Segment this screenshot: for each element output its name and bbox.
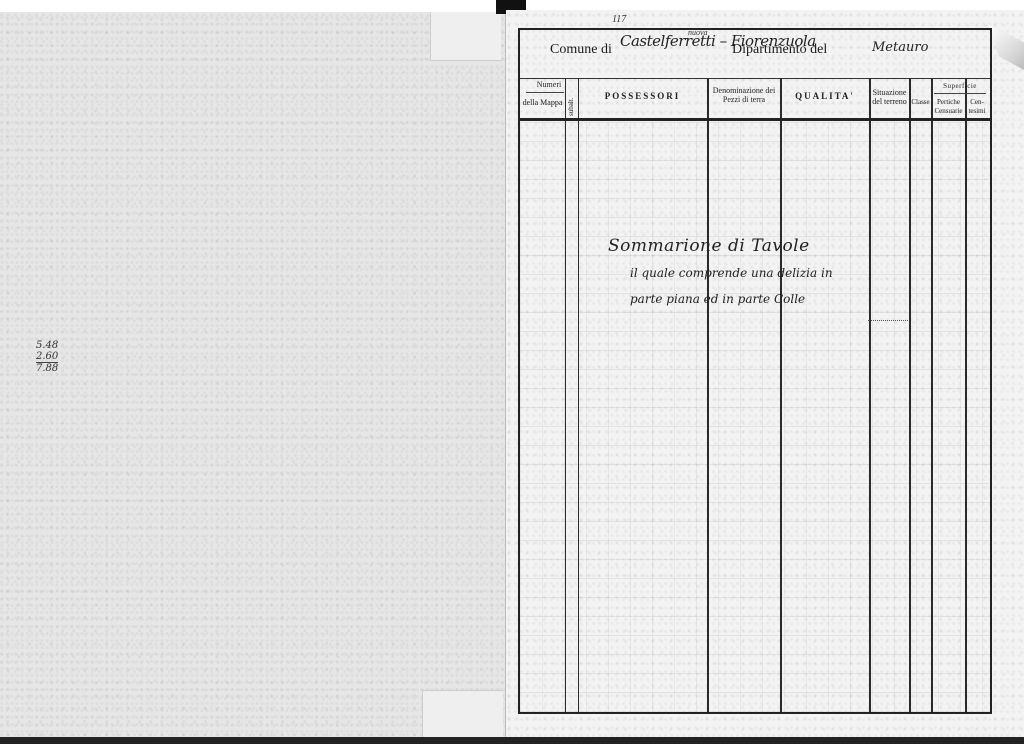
column-divider bbox=[931, 78, 933, 712]
column-header-subalterni: subalt. bbox=[567, 96, 576, 118]
column-divider bbox=[909, 78, 911, 712]
column-header-possessori: POSSESSORI bbox=[578, 92, 707, 101]
dotted-leader bbox=[868, 320, 908, 321]
folio-number: 117 bbox=[612, 14, 626, 25]
column-header-centesimi: Cen-tesimi bbox=[966, 98, 988, 116]
comune-value-note: nuova bbox=[688, 28, 708, 37]
bottom-edge-shadow bbox=[0, 737, 1024, 744]
form-title-row: Comune di Castelferretti – Fiorenzuola n… bbox=[520, 30, 990, 79]
margin-note-line: 2.60 bbox=[36, 351, 86, 362]
ruled-grid bbox=[520, 122, 990, 712]
handwritten-entry-line: il quale comprende una delizia in bbox=[630, 266, 833, 280]
column-divider bbox=[565, 78, 566, 712]
dipartimento-value: Metauro bbox=[872, 40, 928, 55]
page-corner-curl bbox=[988, 24, 1024, 70]
handwritten-entry-title: Sommarione di Tavole bbox=[608, 236, 810, 256]
column-divider bbox=[780, 78, 782, 712]
header-sub-rule bbox=[934, 93, 986, 94]
paper-flap-top bbox=[430, 12, 501, 61]
column-divider bbox=[965, 78, 967, 712]
comune-label: Comune di bbox=[550, 42, 612, 58]
register-form: Comune di Castelferretti – Fiorenzuola n… bbox=[518, 28, 992, 714]
column-divider bbox=[869, 78, 871, 712]
column-header-denominazione: Denominazione dei Pezzi di terra bbox=[708, 86, 780, 104]
header-group-numeri: Numeri bbox=[520, 80, 578, 89]
column-header-mappa: della Mappa bbox=[520, 98, 565, 107]
column-divider bbox=[707, 78, 709, 712]
column-header-pertiche: Pertiche Censuarie bbox=[932, 98, 965, 116]
handwritten-entry-line: parte piana ed in parte Colle bbox=[630, 292, 805, 306]
margin-note-line: 5.48 bbox=[36, 340, 86, 351]
header-sub-rule bbox=[526, 92, 564, 93]
dipartimento-label: Dipartimento del bbox=[732, 42, 827, 58]
column-header-classe: Classe bbox=[910, 98, 931, 107]
margin-calculation-note: 5.48 2.60 7.88 bbox=[36, 340, 86, 374]
paper-flap-bottom bbox=[422, 690, 503, 738]
left-page: 5.48 2.60 7.88 bbox=[0, 12, 506, 737]
column-divider bbox=[578, 78, 579, 712]
column-header-situazione: Situazione del terreno bbox=[870, 88, 909, 106]
column-header-qualita: QUALITA' bbox=[781, 92, 869, 101]
header-group-superficie: Superficie bbox=[932, 82, 988, 91]
margin-note-sum: 7.88 bbox=[36, 362, 58, 374]
header-rule bbox=[520, 118, 990, 121]
